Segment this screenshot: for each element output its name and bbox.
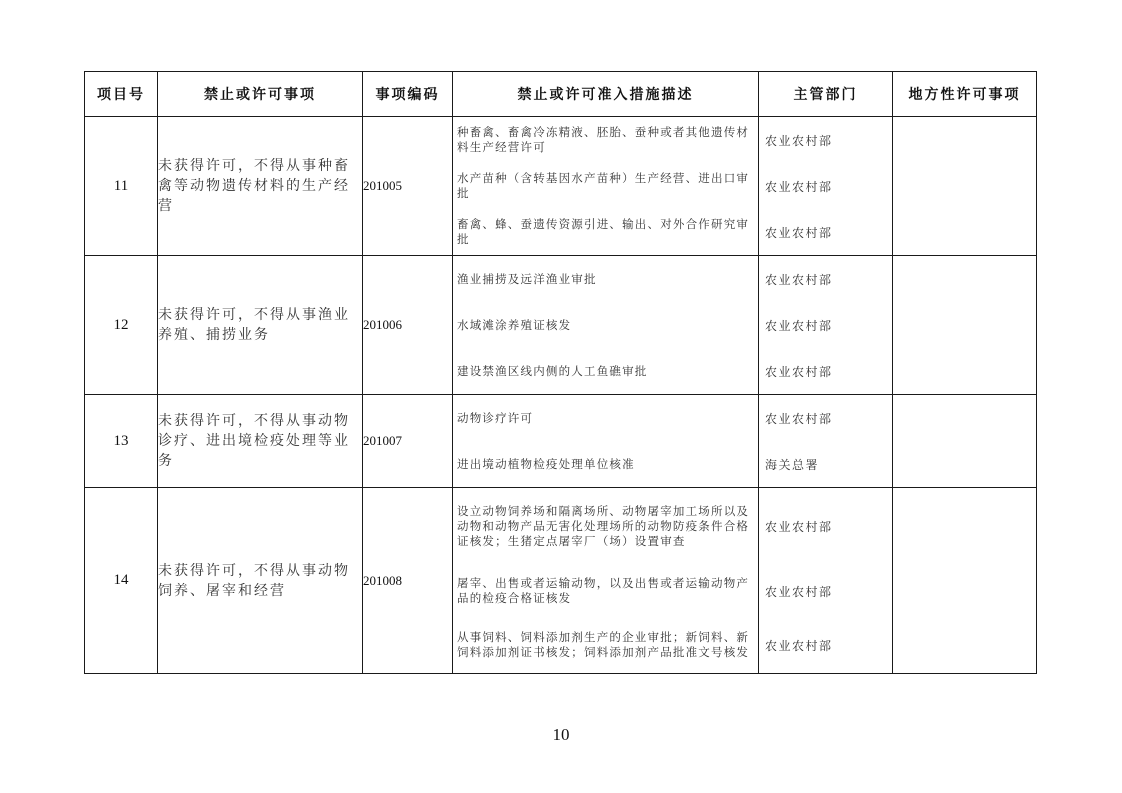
measures-cell: 设立动物饲养场和隔离场所、动物屠宰加工场所以及动物和动物产品无害化处理场所的动物… [453,488,759,674]
measure-text: 设立动物饲养场和隔离场所、动物屠宰加工场所以及动物和动物产品无害化处理场所的动物… [453,488,758,564]
header-item: 禁止或许可事项 [158,72,363,117]
measure-text: 建设禁渔区线内侧的人工鱼礁审批 [453,348,758,394]
measure-text: 水域滩涂养殖证核发 [453,302,758,348]
header-item-number: 项目号 [85,72,158,117]
measures-cell: 渔业捕捞及远洋渔业审批 水域滩涂养殖证核发 建设禁渔区线内侧的人工鱼礁审批 [453,256,759,395]
department-text: 农业农村部 [759,209,892,255]
department-text: 农业农村部 [759,564,892,618]
department-text: 农业农村部 [759,117,892,163]
header-local-permit: 地方性许可事项 [893,72,1037,117]
header-code: 事项编码 [363,72,453,117]
department-text: 农业农村部 [759,256,892,302]
department-text: 农业农村部 [759,395,892,441]
header-department: 主管部门 [759,72,893,117]
department-text: 农业农村部 [759,618,892,672]
local-permit-cell [893,488,1037,674]
measure-text: 畜禽、蜂、蚕遗传资源引进、输出、对外合作研究审批 [453,209,758,255]
department-text: 农业农村部 [759,302,892,348]
department-cell: 农业农村部 海关总署 [759,395,893,488]
department-cell: 农业农村部 农业农村部 农业农村部 [759,117,893,256]
measure-text: 种畜禽、畜禽冷冻精液、胚胎、蚕种或者其他遗传材料生产经营许可 [453,117,758,163]
department-cell: 农业农村部 农业农村部 农业农村部 [759,488,893,674]
department-text: 农业农村部 [759,488,892,564]
measures-cell: 动物诊疗许可 进出境动植物检疫处理单位核准 [453,395,759,488]
department-cell: 农业农村部 农业农村部 农业农村部 [759,256,893,395]
table-row: 12 未获得许可，不得从事渔业养殖、捕捞业务 201006 渔业捕捞及远洋渔业审… [85,256,1037,395]
table-row: 11 未获得许可，不得从事种畜禽等动物遗传材料的生产经营 201005 种畜禽、… [85,117,1037,256]
page-number: 10 [0,725,1122,745]
item-description: 未获得许可，不得从事种畜禽等动物遗传材料的生产经营 [158,117,363,256]
item-code: 201006 [363,256,453,395]
item-number: 14 [85,488,158,674]
permit-table: 项目号 禁止或许可事项 事项编码 禁止或许可准入措施描述 主管部门 地方性许可事… [84,71,1037,674]
department-text: 海关总署 [759,441,892,487]
header-measures: 禁止或许可准入措施描述 [453,72,759,117]
local-permit-cell [893,256,1037,395]
measure-text: 渔业捕捞及远洋渔业审批 [453,256,758,302]
local-permit-cell [893,117,1037,256]
measure-text: 动物诊疗许可 [453,395,758,441]
item-description: 未获得许可，不得从事动物诊疗、进出境检疫处理等业务 [158,395,363,488]
item-description: 未获得许可，不得从事动物饲养、屠宰和经营 [158,488,363,674]
item-number: 13 [85,395,158,488]
measures-cell: 种畜禽、畜禽冷冻精液、胚胎、蚕种或者其他遗传材料生产经营许可 水产苗种（含转基因… [453,117,759,256]
item-number: 11 [85,117,158,256]
local-permit-cell [893,395,1037,488]
department-text: 农业农村部 [759,163,892,209]
item-description: 未获得许可，不得从事渔业养殖、捕捞业务 [158,256,363,395]
measure-text: 进出境动植物检疫处理单位核准 [453,441,758,487]
measure-text: 屠宰、出售或者运输动物，以及出售或者运输动物产品的检疫合格证核发 [453,564,758,618]
item-code: 201005 [363,117,453,256]
department-text: 农业农村部 [759,348,892,394]
table-row: 13 未获得许可，不得从事动物诊疗、进出境检疫处理等业务 201007 动物诊疗… [85,395,1037,488]
measure-text: 水产苗种（含转基因水产苗种）生产经营、进出口审批 [453,163,758,209]
item-code: 201007 [363,395,453,488]
item-number: 12 [85,256,158,395]
measure-text: 从事饲料、饲料添加剂生产的企业审批；新饲料、新饲料添加剂证书核发；饲料添加剂产品… [453,618,758,672]
header-row: 项目号 禁止或许可事项 事项编码 禁止或许可准入措施描述 主管部门 地方性许可事… [85,72,1037,117]
item-code: 201008 [363,488,453,674]
table-row: 14 未获得许可，不得从事动物饲养、屠宰和经营 201008 设立动物饲养场和隔… [85,488,1037,674]
